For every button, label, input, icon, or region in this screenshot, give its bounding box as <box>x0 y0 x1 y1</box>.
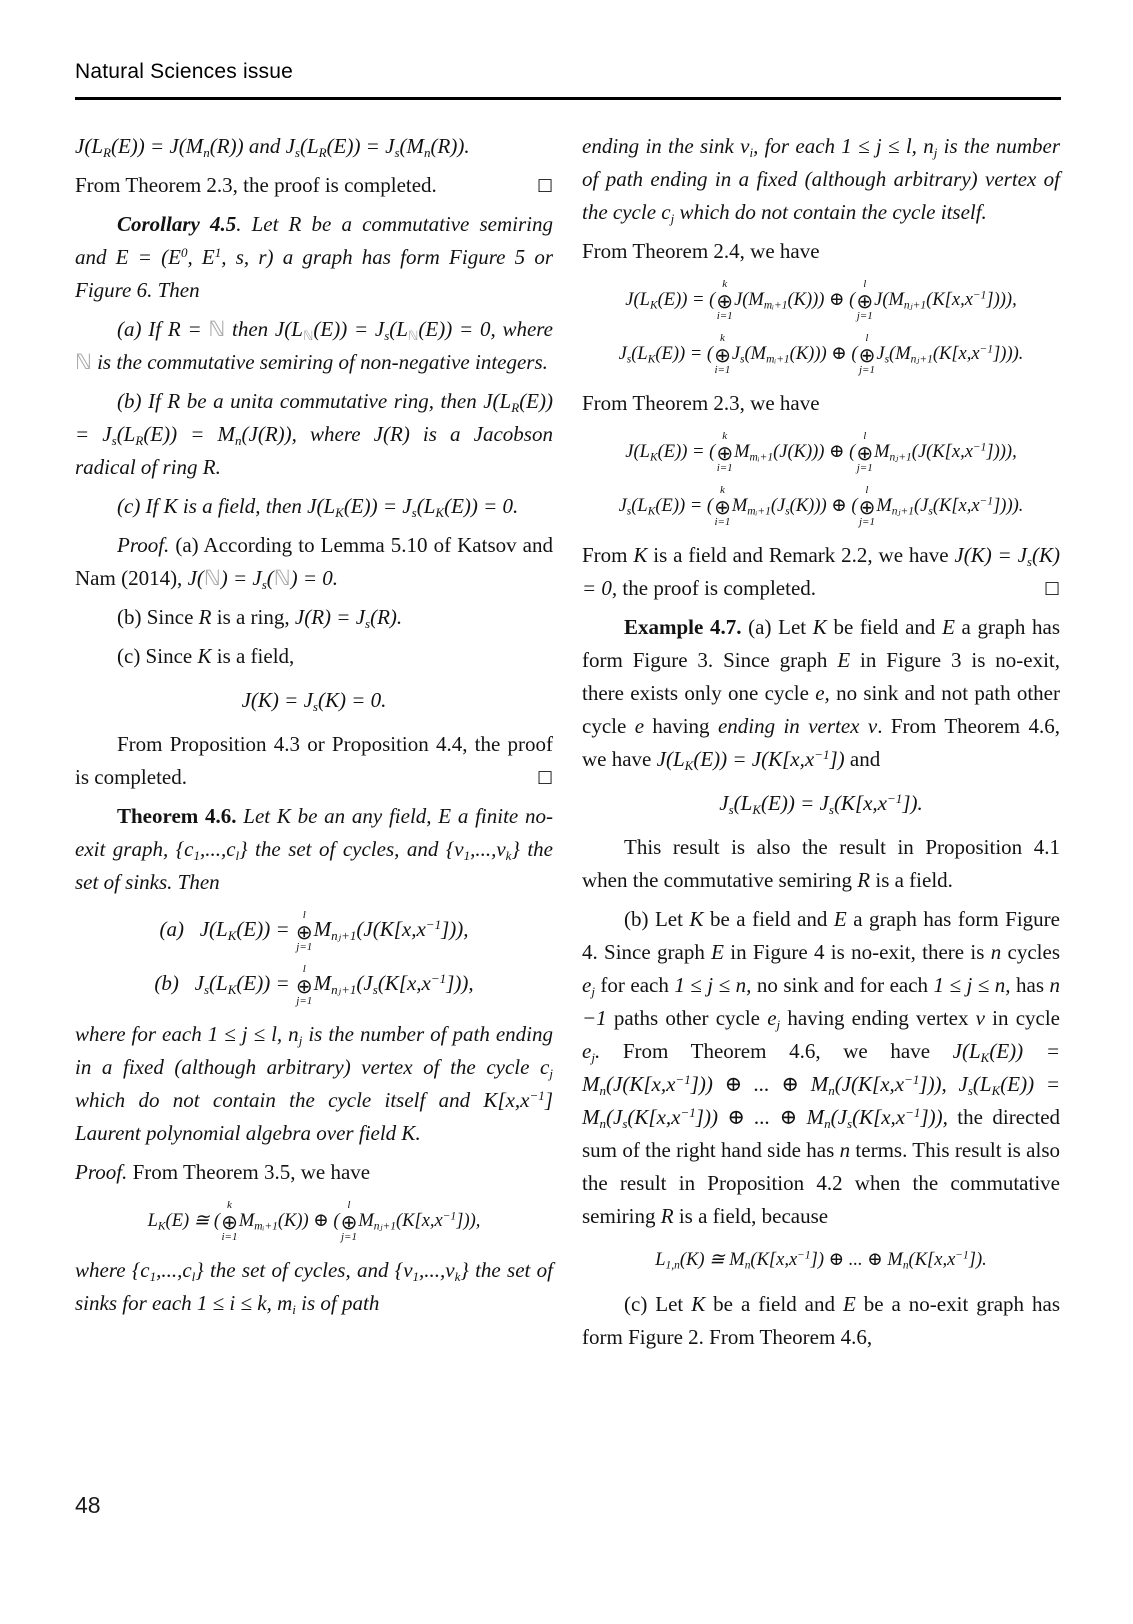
two-column-layout: J(LR(E)) = J(Mn(R)) and Js(LR(E)) = Js(M… <box>75 124 1061 1360</box>
text-run: in Figure 4 is no-exit, there is <box>724 940 991 964</box>
text-run: Js(LK(E)) = Js(K[x,x−1]). <box>719 791 922 815</box>
text-run: J(LK(E)) = (k⊕i=1Mmᵢ+1(J(K))) ⊕ (l⊕j=1Mn… <box>625 442 1016 462</box>
paragraph: (b) If R be a unita commutative ring, th… <box>75 385 553 484</box>
text-run: J(R) = Js(R). <box>295 605 402 629</box>
direct-sum-operator: l⊕j=1 <box>296 910 313 953</box>
text-run: K <box>197 644 211 668</box>
direct-sum-operator: k⊕i=1 <box>714 485 731 528</box>
double-struck-N: ℕ <box>274 566 291 590</box>
journal-header: Natural Sciences issue <box>75 60 1061 84</box>
double-struck-N: ℕ <box>204 566 221 590</box>
qed-box: □ <box>495 761 553 794</box>
text-run: From <box>582 543 633 567</box>
display-formula: (b) Js(LK(E)) = l⊕j=1Mnⱼ+1(Js(K[x,x−1]))… <box>75 964 553 1007</box>
paper-page: Natural Sciences issue J(LR(E)) = J(Mn(R… <box>0 0 1133 1624</box>
paragraph: From Proposition 4.3 or Proposition 4.4,… <box>75 728 553 794</box>
text-run: e, <box>815 681 830 705</box>
paragraph: (b) Let K be a field and E a graph has f… <box>582 903 1060 1233</box>
text-run: Proof. <box>117 533 169 557</box>
text-run: J(K) = Js(K) = 0. <box>242 688 387 712</box>
text-run: LK(E) ≅ (k⊕i=1Mmᵢ+1(K)) ⊕ (l⊕j=1Mnⱼ+1(K[… <box>148 1211 481 1231</box>
text-run: Js(LK(E)) = (k⊕i=1Mmᵢ+1(Js(K))) ⊕ (l⊕j=1… <box>619 496 1024 516</box>
paragraph: where {c1,...,cl} the set of cycles, and… <box>75 1254 553 1320</box>
text-run: K <box>813 615 827 639</box>
text-run: ending in vertex v <box>718 714 877 738</box>
text-run: is a ring, <box>211 605 294 629</box>
text-run: (a) Let <box>742 615 813 639</box>
text-run: From Proposition 4.3 or Proposition 4.4,… <box>75 732 553 789</box>
text-run: (b) Js(LK(E)) = l⊕j=1Mnⱼ+1(Js(K[x,x−1]))… <box>154 971 473 995</box>
display-formula: Js(LK(E)) = (k⊕i=1Js(Mmᵢ+1(K))) ⊕ (l⊕j=1… <box>582 333 1060 376</box>
text-run: in cycle <box>985 1006 1060 1030</box>
paragraph: Example 4.7. (a) Let K be field and E a … <box>582 611 1060 776</box>
qed-box: □ <box>537 169 553 202</box>
text-run: the proof is completed. <box>617 576 816 600</box>
text-run: From Theorem 3.5, we have <box>127 1160 370 1184</box>
text-run: be a field and <box>705 1292 843 1316</box>
header-rule <box>75 97 1061 100</box>
text-run: n <box>840 1138 851 1162</box>
text-run: has <box>1011 973 1050 997</box>
text-run: From Theorem 2.3, we have <box>582 391 820 415</box>
text-run: e <box>635 714 644 738</box>
paragraph: From K is a field and Remark 2.2, we hav… <box>582 539 1060 605</box>
text-run: (a) If R = ℕ then J(Lℕ(E)) = Js(Lℕ(E)) =… <box>75 317 553 374</box>
text-run: J(LK(E)) = (k⊕i=1J(Mmᵢ+1(K))) ⊕ (l⊕j=1J(… <box>625 290 1016 310</box>
text-run: Proof. <box>75 1160 127 1184</box>
text-run: E <box>711 940 724 964</box>
text-run: E <box>942 615 955 639</box>
paragraph: From Theorem 2.3, we have <box>582 387 1060 420</box>
text-run: (b) Let <box>624 907 689 931</box>
direct-sum-operator: k⊕i=1 <box>714 333 731 376</box>
text-run: Js(LK(E)) = (k⊕i=1Js(Mmᵢ+1(K))) ⊕ (l⊕j=1… <box>619 344 1024 364</box>
text-run: K <box>691 1292 705 1316</box>
text-run: is a field and Remark 2.2, we have <box>647 543 954 567</box>
text-run: E <box>837 648 850 672</box>
paragraph: J(LR(E)) = J(Mn(R)) and Js(LR(E)) = Js(M… <box>75 130 553 163</box>
text-run: ending in the sink vi, for each 1 ≤ j ≤ … <box>582 134 1060 224</box>
paragraph: (c) If K is a field, then J(LK(E)) = Js(… <box>75 490 553 523</box>
text-run: ej <box>767 1006 780 1030</box>
text-run: K <box>689 907 703 931</box>
double-struck-N: ℕ <box>408 329 418 344</box>
text-run: (a) J(LK(E)) = l⊕j=1Mnⱼ+1(J(K[x,x−1])), <box>159 917 468 941</box>
text-run: where for each 1 ≤ j ≤ l, nj is the numb… <box>75 1022 553 1145</box>
text-run: and <box>845 747 881 771</box>
paragraph: (b) Since R is a ring, J(R) = Js(R). <box>75 601 553 634</box>
paragraph: ending in the sink vi, for each 1 ≤ j ≤ … <box>582 130 1060 229</box>
text-run: Corollary 4.5 <box>117 212 236 236</box>
text-run: (b) If R be a unita commutative ring, th… <box>75 389 553 479</box>
paragraph: Proof. (a) According to Lemma 5.10 of Ka… <box>75 529 553 595</box>
direct-sum-operator: k⊕i=1 <box>716 279 733 322</box>
text-run: This result is also the result in Propos… <box>582 835 1060 892</box>
text-run: is a field, because <box>674 1204 829 1228</box>
paragraph: (c) Let K be a field and E be a no-exit … <box>582 1288 1060 1354</box>
text-run: (c) Let <box>624 1292 691 1316</box>
text-run: From Theorem 4.6, we have <box>600 1039 952 1063</box>
text-run: cycles <box>1001 940 1060 964</box>
direct-sum-operator: k⊕i=1 <box>716 431 733 474</box>
text-run: be a field and <box>703 907 833 931</box>
text-run: J(LK(E)) = J(K[x,x−1]) <box>657 747 845 771</box>
text-run: (b) Since <box>117 605 199 629</box>
text-run: where {c1,...,cl} the set of cycles, and… <box>75 1258 553 1315</box>
text-run: (c) If K is a field, then J(LK(E)) = Js(… <box>117 494 518 518</box>
direct-sum-operator: l⊕j=1 <box>859 485 876 528</box>
text-run: 1 ≤ j ≤ n, <box>934 973 1011 997</box>
paragraph: (c) Since K is a field, <box>75 640 553 673</box>
text-run: R <box>857 868 870 892</box>
direct-sum-operator: l⊕j=1 <box>856 431 873 474</box>
text-run: is a field. <box>870 868 953 892</box>
display-formula: LK(E) ≅ (k⊕i=1Mmᵢ+1(K)) ⊕ (l⊕j=1Mnⱼ+1(K[… <box>75 1200 553 1243</box>
paragraph: (a) If R = ℕ then J(Lℕ(E)) = Js(Lℕ(E)) =… <box>75 313 553 379</box>
text-run: ej. <box>582 1039 600 1063</box>
text-run: having <box>644 714 718 738</box>
double-struck-N: ℕ <box>303 329 313 344</box>
direct-sum-operator: l⊕j=1 <box>859 333 876 376</box>
paragraph: From Theorem 2.4, we have <box>582 235 1060 268</box>
display-formula: (a) J(LK(E)) = l⊕j=1Mnⱼ+1(J(K[x,x−1])), <box>75 910 553 953</box>
text-run: K <box>633 543 647 567</box>
text-run: n <box>991 940 1002 964</box>
paragraph: where for each 1 ≤ j ≤ l, nj is the numb… <box>75 1018 553 1150</box>
right-column: ending in the sink vi, for each 1 ≤ j ≤ … <box>582 124 1060 1360</box>
paragraph: From Theorem 2.3, the proof is completed… <box>75 169 553 202</box>
paragraph: Theorem 4.6. Let K be an any field, E a … <box>75 800 553 899</box>
text-run: (c) Since <box>117 644 197 668</box>
paragraph: This result is also the result in Propos… <box>582 831 1060 897</box>
text-run: From Theorem 2.3, the proof is completed… <box>75 173 437 197</box>
direct-sum-operator: l⊕j=1 <box>296 964 313 1007</box>
text-run: E <box>843 1292 856 1316</box>
left-column: J(LR(E)) = J(Mn(R)) and Js(LR(E)) = Js(M… <box>75 124 553 1360</box>
display-formula: L1,n(K) ≅ Mn(K[x,x−1]) ⊕ ... ⊕ Mn(K[x,x−… <box>582 1244 1060 1277</box>
text-run: paths other cycle <box>607 1006 768 1030</box>
text-run: ej <box>582 973 595 997</box>
text-run: R <box>661 1204 674 1228</box>
display-formula: Js(LK(E)) = Js(K[x,x−1]). <box>582 787 1060 820</box>
text-run: Theorem 4.6. <box>117 804 237 828</box>
direct-sum-operator: l⊕j=1 <box>341 1200 358 1243</box>
text-run: From Theorem 2.4, we have <box>582 239 820 263</box>
direct-sum-operator: k⊕i=1 <box>221 1200 238 1243</box>
qed-box: □ <box>1044 572 1060 605</box>
text-run: Example 4.7. <box>624 615 742 639</box>
double-struck-N: ℕ <box>75 350 92 374</box>
text-run: E <box>834 907 847 931</box>
direct-sum-operator: l⊕j=1 <box>856 279 873 322</box>
display-formula: J(LK(E)) = (k⊕i=1J(Mmᵢ+1(K))) ⊕ (l⊕j=1J(… <box>582 279 1060 322</box>
display-formula: J(LK(E)) = (k⊕i=1Mmᵢ+1(J(K))) ⊕ (l⊕j=1Mn… <box>582 431 1060 474</box>
paragraph: Proof. From Theorem 3.5, we have <box>75 1156 553 1189</box>
paragraph: Corollary 4.5. Let R be a commutative se… <box>75 208 553 307</box>
text-run: for each <box>595 973 674 997</box>
text-run: R <box>199 605 212 629</box>
text-run: be field and <box>827 615 942 639</box>
display-formula: Js(LK(E)) = (k⊕i=1Mmᵢ+1(Js(K))) ⊕ (l⊕j=1… <box>582 485 1060 528</box>
double-struck-N: ℕ <box>208 317 225 341</box>
text-run: 1 ≤ j ≤ n, <box>674 973 751 997</box>
text-run: no sink and for each <box>751 973 933 997</box>
text-run: J(LR(E)) = J(Mn(R)) and Js(LR(E)) = Js(M… <box>75 134 470 158</box>
text-run: is a field, <box>211 644 294 668</box>
text-run: v <box>976 1006 985 1030</box>
text-run: J(ℕ) = Js(ℕ) = 0. <box>188 566 338 590</box>
text-run: having ending vertex <box>780 1006 976 1030</box>
page-number: 48 <box>75 1492 101 1519</box>
display-formula: J(K) = Js(K) = 0. <box>75 684 553 717</box>
text-run: L1,n(K) ≅ Mn(K[x,x−1]) ⊕ ... ⊕ Mn(K[x,x−… <box>655 1250 987 1270</box>
